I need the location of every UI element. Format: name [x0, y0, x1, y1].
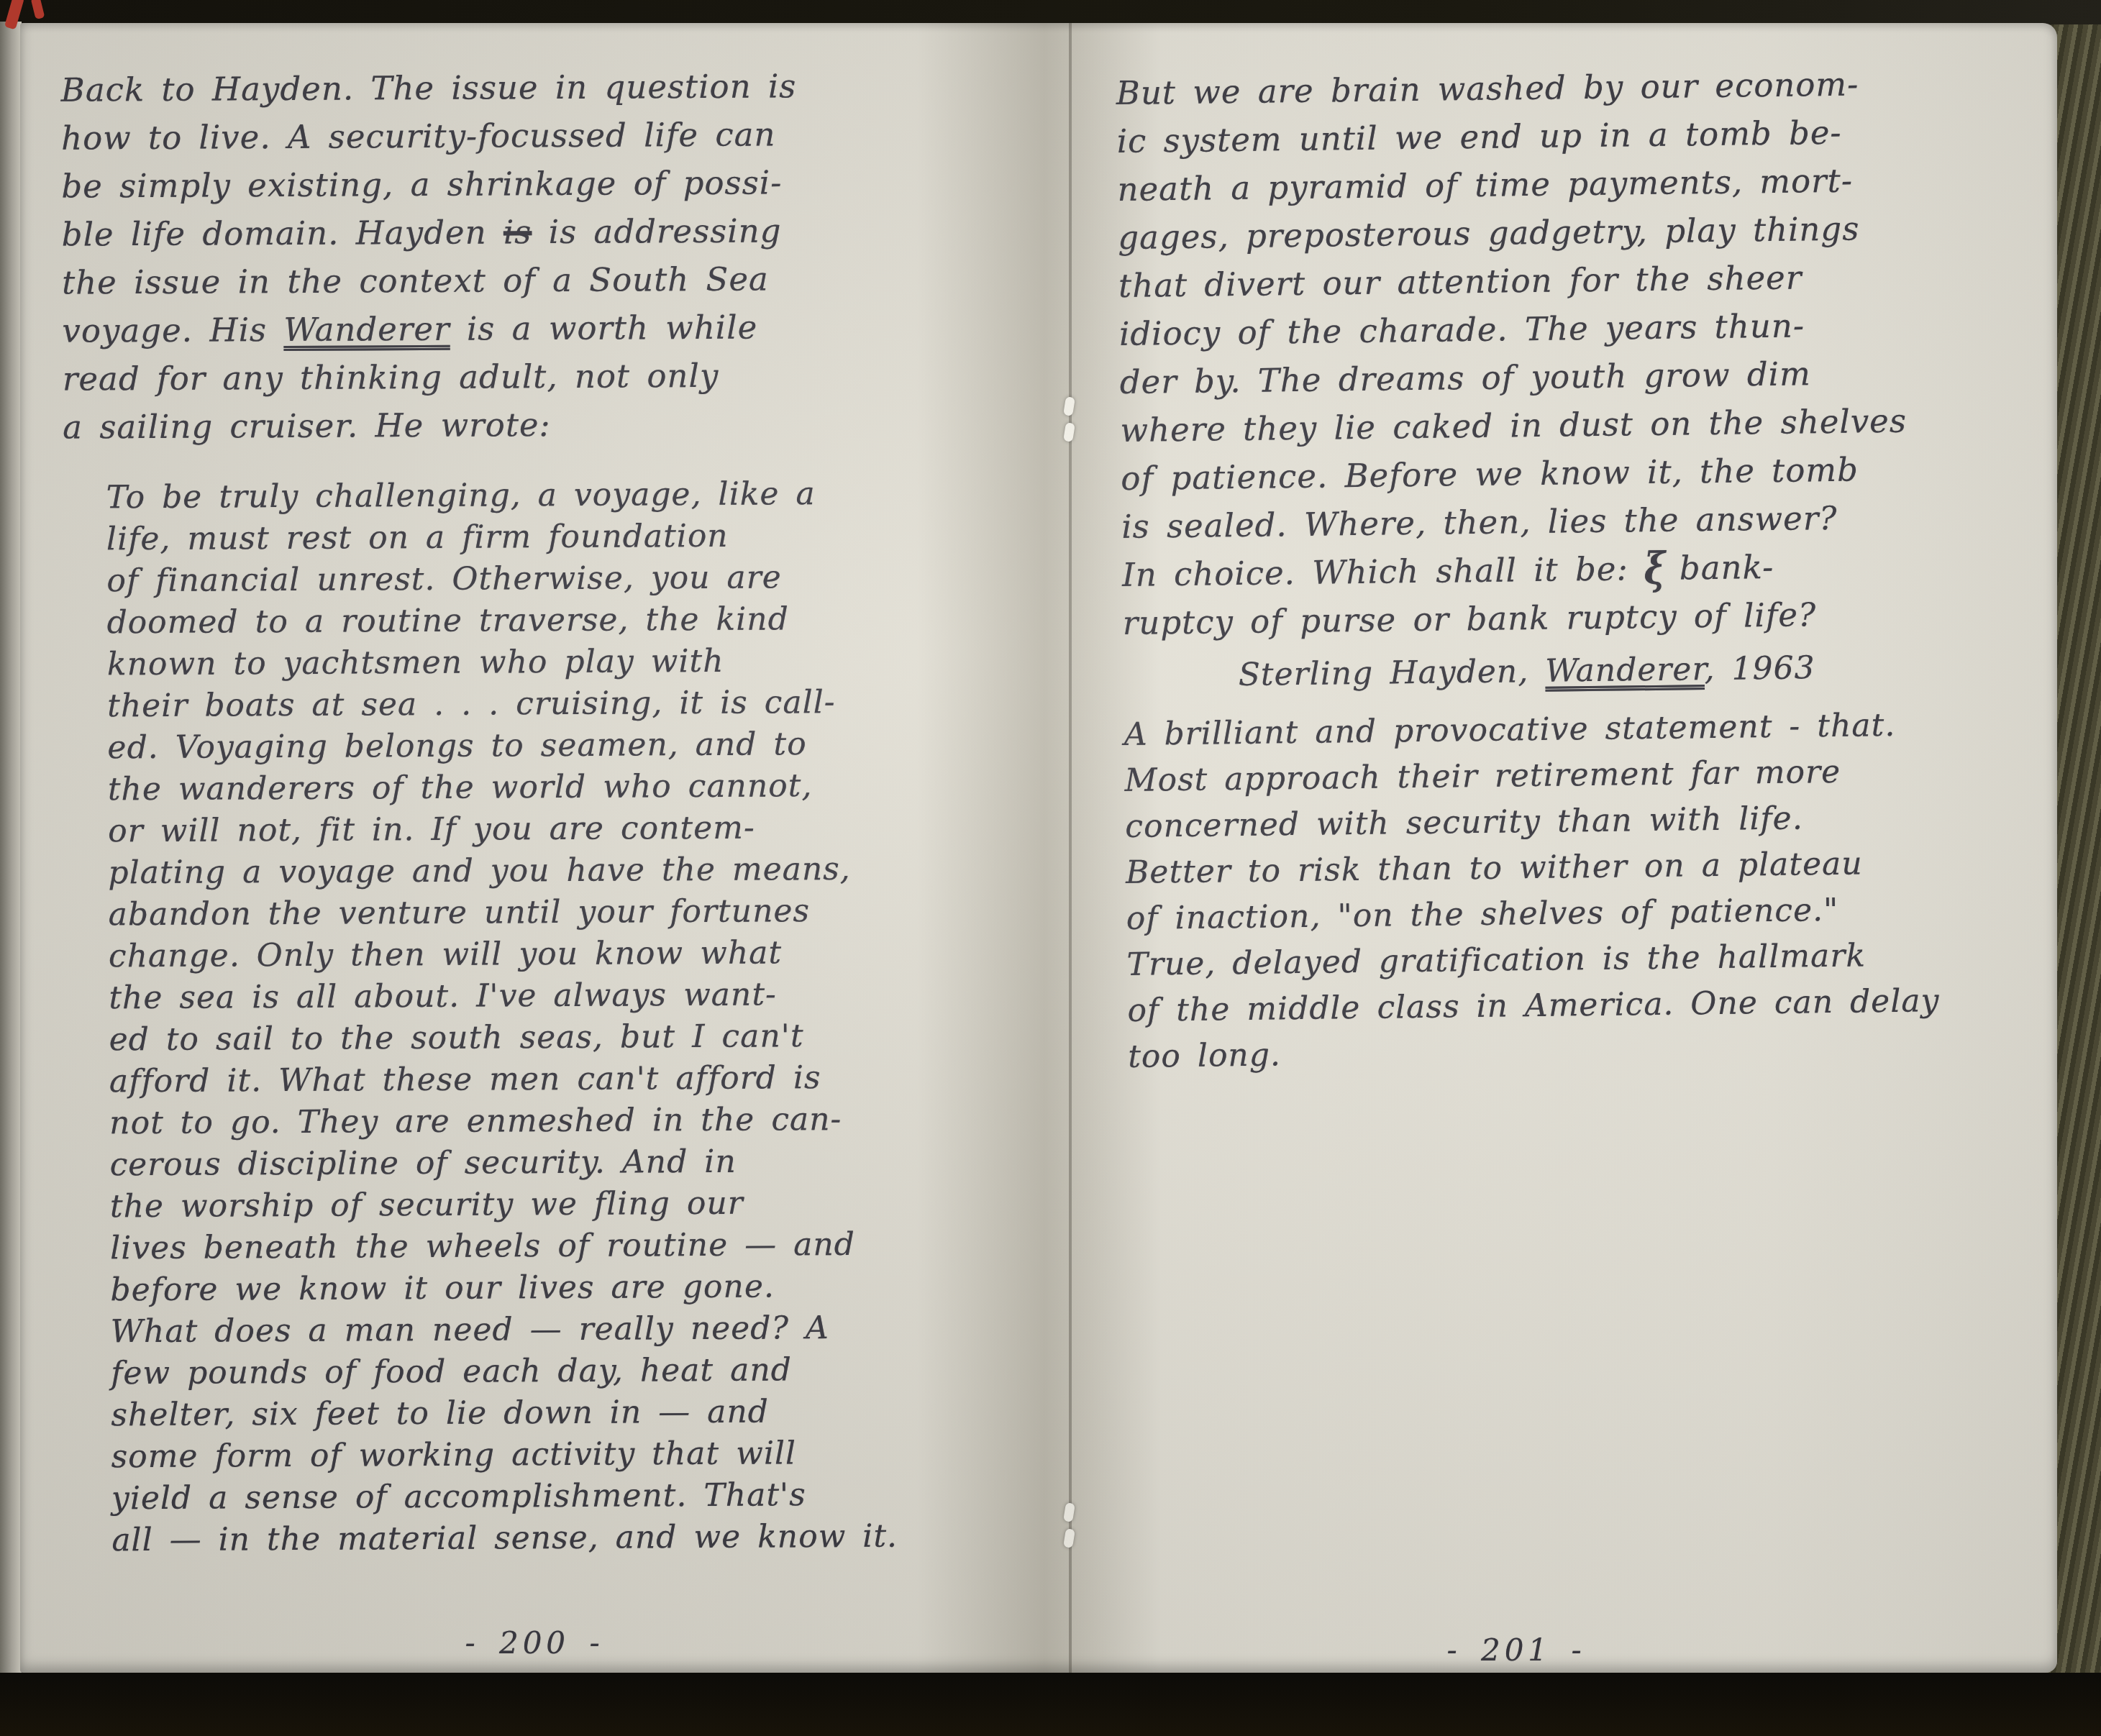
underlined-word: Wanderer [1545, 651, 1705, 690]
handwritten-line: ed. Voyaging belongs to seamen, and to [107, 722, 1057, 769]
handwritten-line: the sea is all about. I've always want- [109, 972, 1058, 1019]
binding-stitch [1063, 1528, 1075, 1548]
handwritten-line: What does a man need — really need? A [111, 1306, 1060, 1353]
hayden-quote-block: To be truly challenging, a voyage, like … [106, 472, 1062, 1561]
handwritten-line: the worship of security we fling our [110, 1181, 1059, 1228]
handwritten-line: change. Only then will you know what [109, 931, 1058, 977]
top-shadow-band [0, 0, 2101, 24]
struck-word: is [503, 213, 532, 251]
handwritten-line: lives beneath the wheels of routine — an… [110, 1223, 1059, 1269]
handwritten-line: doomed to a routine traverse, the kind [106, 597, 1056, 644]
commentary-paragraph: A brilliant and provocative statement - … [1124, 700, 2070, 1080]
handwritten-line: not to go. They are enmeshed in the can- [109, 1097, 1059, 1144]
bottom-shadow-band [0, 1673, 2101, 1736]
binding-stitch [1063, 396, 1075, 416]
handwritten-line: afford it. What these men can't afford i… [109, 1056, 1059, 1102]
notebook-photo: Back to Hayden. The issue in question is… [0, 0, 2101, 1736]
handwritten-line: abandon the venture until your fortunes [109, 889, 1058, 936]
handwritten-line: the wanderers of the world who cannot, [108, 764, 1057, 810]
handwritten-line: all — in the material sense, and we know… [111, 1515, 1061, 1561]
stacked-page-edges [0, 22, 22, 1673]
handwritten-line: cerous discipline of security. And in [109, 1139, 1059, 1186]
handwritten-line: ed to sail to the south seas, but I can'… [109, 1014, 1059, 1061]
right-page: But we are brain washed by our econom-ic… [1116, 58, 2070, 1080]
handwritten-line: Back to Hayden. The issue in question is [61, 60, 1054, 114]
right-page-number: - 201 - [1070, 1632, 1962, 1668]
handwritten-line: shelter, six feet to lie down in — and [111, 1389, 1060, 1436]
quote-attribution: Sterling Hayden, Wanderer, 1963 [1123, 640, 2066, 702]
handwritten-line: the issue in the context of a South Sea [62, 253, 1054, 306]
handwritten-line: before we know it our lives are gone. [110, 1264, 1059, 1311]
handwritten-line: few pounds of food each day, heat and [111, 1348, 1060, 1394]
binding-stitch [1063, 1502, 1075, 1522]
notebook-spread: Back to Hayden. The issue in question is… [20, 23, 2057, 1673]
handwritten-line: ble life domain. Hayden is is addressing [62, 205, 1054, 258]
left-page: Back to Hayden. The issue in question is… [61, 60, 1062, 1561]
handwritten-line: or will not, fit in. If you are contem- [108, 805, 1057, 852]
handwritten-line: voyage. His Wanderer is a worth while [62, 301, 1054, 355]
handwritten-line: read for any thinking adult, not only [63, 350, 1055, 403]
spine-crease [1069, 23, 1072, 1673]
handwritten-line: known to yachtsmen who play with [107, 639, 1057, 685]
handwritten-line: their boats at sea . . . cruising, it is… [107, 680, 1057, 727]
scribble-mark: ξ [1644, 536, 1664, 601]
handwritten-line: plating a voyage and you have the means, [108, 847, 1057, 894]
handwritten-line: how to live. A security-focussed life ca… [61, 109, 1054, 162]
handwritten-line: of financial unrest. Otherwise, you are [106, 555, 1056, 602]
left-page-number: - 200 - [20, 1625, 1049, 1660]
handwritten-line: yield a sense of accomplishment. That's [111, 1473, 1061, 1520]
binding-stitch [1063, 422, 1075, 442]
left-paragraph: Back to Hayden. The issue in question is… [61, 60, 1056, 451]
handwritten-line: some form of working activity that will [111, 1431, 1061, 1478]
handwritten-line: life, must rest on a firm foundation [106, 513, 1056, 560]
underlined-word: Wanderer [283, 310, 450, 349]
handwritten-line: a sailing cruiser. He wrote: [63, 398, 1055, 451]
handwritten-line: To be truly challenging, a voyage, like … [106, 472, 1056, 518]
right-paragraph: But we are brain washed by our econom-ic… [1116, 58, 2065, 647]
handwritten-line: be simply existing, a shrinkage of possi… [61, 157, 1054, 210]
